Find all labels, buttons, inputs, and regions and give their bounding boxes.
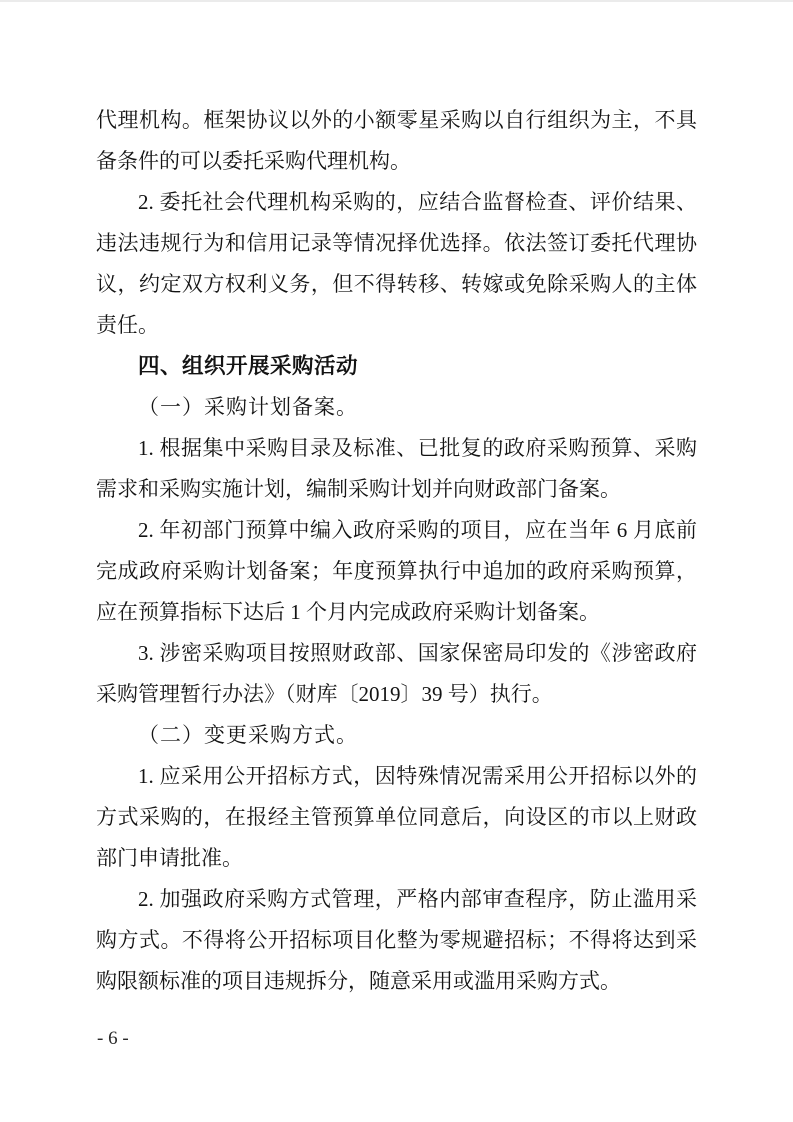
body-text-line: 购方式。不得将公开招标项目化整为零规避招标；不得将达到采 — [96, 920, 697, 961]
body-text-line: 2. 加强政府采购方式管理，严格内部审查程序，防止滥用采 — [96, 879, 697, 920]
body-text-line: 代理机构。框架协议以外的小额零星采购以自行组织为主，不具 — [96, 100, 697, 141]
subsection-heading: （一）采购计划备案。 — [96, 387, 697, 428]
body-text-line: 备条件的可以委托采购代理机构。 — [96, 141, 697, 182]
body-text-line: 3. 涉密采购项目按照财政部、国家保密局印发的《涉密政府 — [96, 633, 697, 674]
body-text-line: 1. 应采用公开招标方式，因特殊情况需采用公开招标以外的 — [96, 756, 697, 797]
scan-edge-artifact — [0, 0, 793, 2]
body-text-line: 违法违规行为和信用记录等情况择优选择。依法签订委托代理协 — [96, 223, 697, 264]
body-text-line: 完成政府采购计划备案；年度预算执行中追加的政府采购预算， — [96, 551, 697, 592]
body-text-line: 购限额标准的项目违规拆分，随意采用或滥用采购方式。 — [96, 961, 697, 1002]
document-body: 代理机构。框架协议以外的小额零星采购以自行组织为主，不具备条件的可以委托采购代理… — [96, 100, 697, 1002]
body-text-line: 需求和采购实施计划，编制采购计划并向财政部门备案。 — [96, 469, 697, 510]
page-number: - 6 - — [97, 1028, 129, 1050]
section-heading: 四、组织开展采购活动 — [96, 346, 697, 387]
subsection-heading: （二）变更采购方式。 — [96, 715, 697, 756]
body-text-line: 方式采购的，在报经主管预算单位同意后，向设区的市以上财政 — [96, 797, 697, 838]
body-text-line: 采购管理暂行办法》（财库〔2019〕39 号）执行。 — [96, 674, 697, 715]
body-text-line: 2. 年初部门预算中编入政府采购的项目，应在当年 6 月底前 — [96, 510, 697, 551]
body-text-line: 应在预算指标下达后 1 个月内完成政府采购计划备案。 — [96, 592, 697, 633]
body-text-line: 2. 委托社会代理机构采购的，应结合监督检查、评价结果、 — [96, 182, 697, 223]
body-text-line: 部门申请批准。 — [96, 838, 697, 879]
document-page: 代理机构。框架协议以外的小额零星采购以自行组织为主，不具备条件的可以委托采购代理… — [0, 0, 793, 1122]
body-text-line: 责任。 — [96, 305, 697, 346]
body-text-line: 1. 根据集中采购目录及标准、已批复的政府采购预算、采购 — [96, 428, 697, 469]
body-text-line: 议，约定双方权利义务，但不得转移、转嫁或免除采购人的主体 — [96, 264, 697, 305]
